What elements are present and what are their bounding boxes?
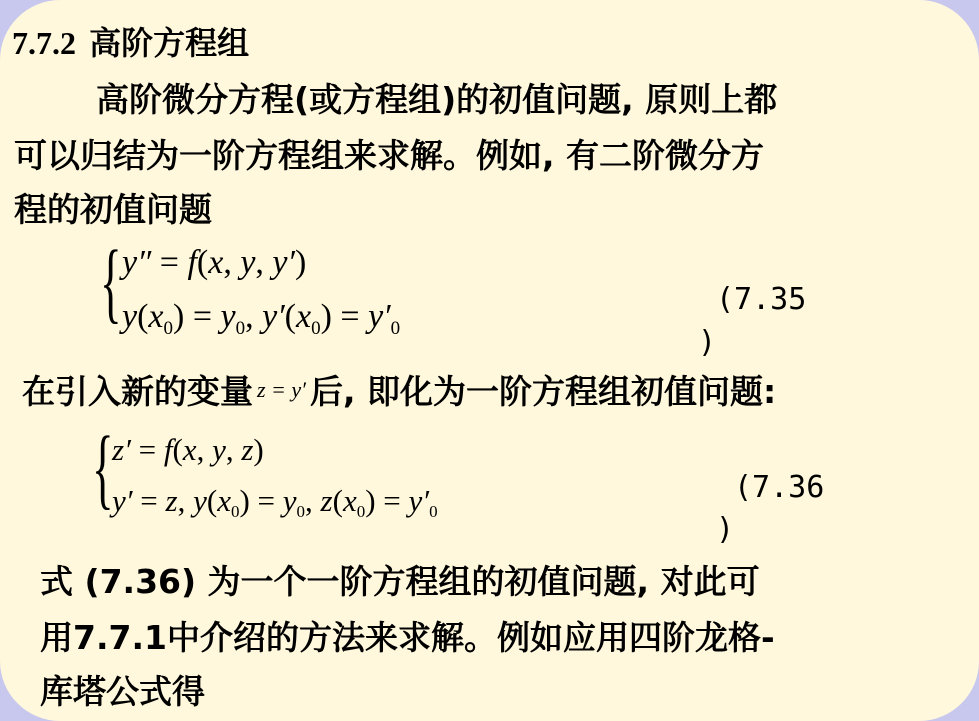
paragraph1-line3: 程的初值问题 xyxy=(14,184,212,231)
paragraph2-inline-math: z = y′ xyxy=(257,377,306,402)
equation-7-36-row2: y′ = z, y(x0) = y0, z(x0) = y′0 xyxy=(112,483,438,522)
section-number: 7.7.2 xyxy=(12,25,76,61)
left-brace-icon: { xyxy=(100,238,122,328)
equation-7-36-label: (7.36 xyxy=(734,470,824,505)
equation-7-36-label-close: ) xyxy=(716,512,734,547)
equation-7-35-label: (7.35 xyxy=(716,282,806,317)
paragraph1-line1: 高阶微分方程(或方程组)的初值问题, 原则上都 xyxy=(96,74,777,121)
equation-7-35-label-close: ) xyxy=(698,325,716,360)
paragraph3-line1: 式 (7.36) 为一个一阶方程组的初值问题, 对此可 xyxy=(40,556,760,603)
paragraph2: 在引入新的变量z = y′后, 即化为一阶方程组初值问题: xyxy=(22,366,776,413)
paragraph2-before: 在引入新的变量 xyxy=(22,372,253,411)
equation-7-35-row1: y″ = f(x, y, y′) xyxy=(122,244,306,282)
equation-7-36-row1: z′ = f(x, y, z) xyxy=(112,432,264,468)
paragraph3-line2: 用7.7.1中介绍的方法来求解。例如应用四阶龙格- xyxy=(40,612,775,659)
section-heading: 7.7.2 高阶方程组 xyxy=(12,18,249,64)
section-title: 高阶方程组 xyxy=(89,24,249,62)
paragraph2-after: 后, 即化为一阶方程组初值问题: xyxy=(310,372,776,411)
left-brace-icon: { xyxy=(92,424,114,514)
paragraph3-line3: 库塔公式得 xyxy=(40,666,205,713)
paragraph1-line2: 可以归结为一阶方程组来求解。例如, 有二阶微分方 xyxy=(14,130,764,177)
equation-7-35-row2: y(x0) = y0, y′(x0) = y′0 xyxy=(122,298,400,340)
